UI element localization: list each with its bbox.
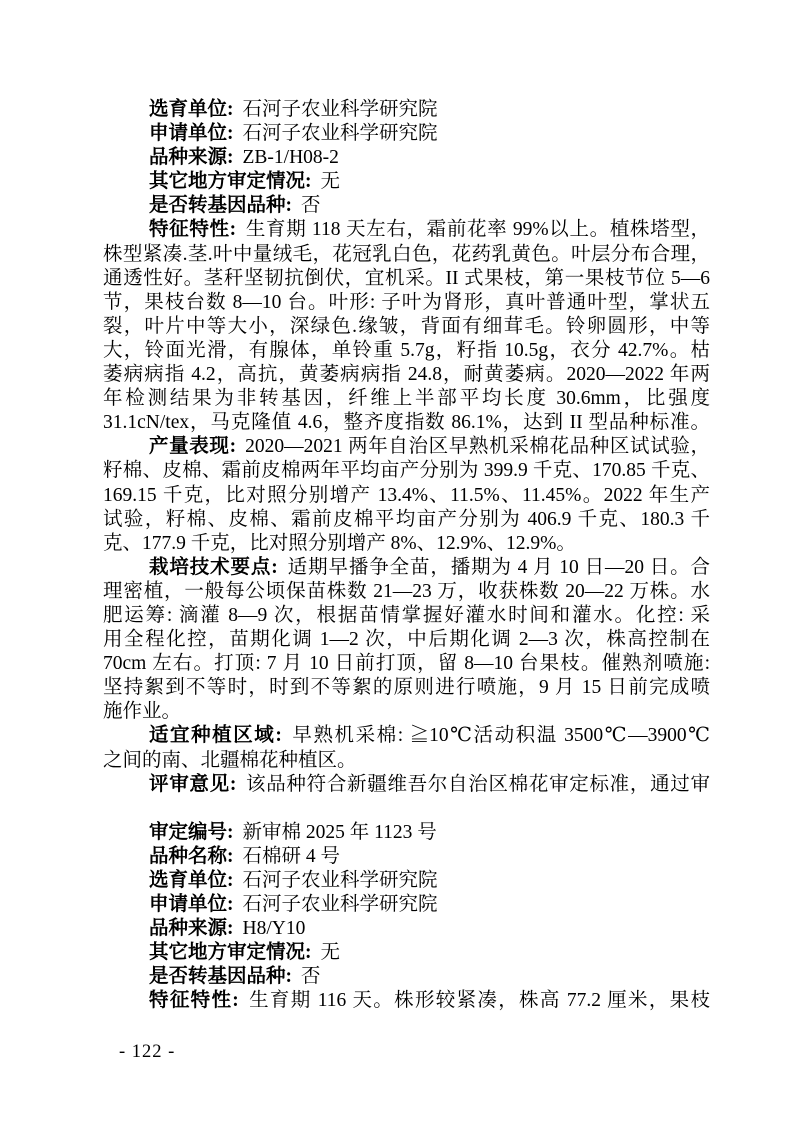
breeding-unit-field: 选育单位:石河子农业科学研究院 <box>103 98 710 122</box>
field-label: 适宜种植区域: <box>149 725 282 746</box>
line-text: 通透性好。茎秆坚韧抗倒伏，宜机采。II 式果枝，第一果枝节位 5—6 <box>103 268 710 289</box>
field-label: 是否转基因品种: <box>149 195 292 216</box>
field-label: 品种来源: <box>149 918 234 939</box>
line-text: ZB-1/H08-2 <box>243 147 339 168</box>
variety-record-2: 审定编号:新审棉 2025 年 1123 号品种名称:石棉研 4 号选育单位:石… <box>103 821 710 1014</box>
gmo-status-field: 是否转基因品种:否 <box>103 194 710 218</box>
line-text: 否 <box>301 966 321 987</box>
field-label: 申请单位: <box>149 894 234 915</box>
text-line: 株型紧凑.茎.叶中量绒毛，花冠乳白色，花药乳黄色。叶层分布合理， <box>103 243 710 267</box>
line-text: 适期早播争全苗，播期为 4 月 10 日—20 日。合 <box>287 557 710 578</box>
approval-number-field: 审定编号:新审棉 2025 年 1123 号 <box>103 821 710 845</box>
other-approval-status-field: 其它地方审定情况:无 <box>103 941 710 965</box>
field-label: 选育单位: <box>149 99 234 120</box>
line-text: 肥运筹: 滴灌 8—9 次，根据苗情掌握好灌水时间和灌水。化控: 采 <box>103 605 710 626</box>
applicant-unit-field: 申请单位:石河子农业科学研究院 <box>103 122 710 146</box>
variety-source-field: 品种来源:ZB-1/H08-2 <box>103 146 710 170</box>
field-label: 栽培技术要点: <box>149 557 278 578</box>
page-number: - 122 - <box>119 1041 175 1063</box>
review-opinion-paragraph: 评审意见:该品种符合新疆维吾尔自治区棉花审定标准，通过审定。 <box>103 773 710 797</box>
document-body: 选育单位:石河子农业科学研究院申请单位:石河子农业科学研究院品种来源:ZB-1/… <box>103 98 710 1014</box>
variety-record-1: 选育单位:石河子农业科学研究院申请单位:石河子农业科学研究院品种来源:ZB-1/… <box>103 98 710 797</box>
line-text: 坚持絮到不等时，时到不等絮的原则进行喷施，9 月 15 日前完成喷 <box>103 677 710 698</box>
traits-paragraph-start: 特征特性:生育期 118 天左右，霜前花率 99%以上。植株塔型， <box>103 218 710 242</box>
text-line: 裂，叶片中等大小，深绿色.缘皱，背面有细茸毛。铃卵圆形，中等 <box>103 315 710 339</box>
line-text: 石棉研 4 号 <box>243 846 341 867</box>
line-text: 无 <box>321 942 341 963</box>
text-line: 节，果枝台数 8—10 台。叶形: 子叶为肾形，真叶普通叶型，掌状五 <box>103 291 710 315</box>
line-text: 施作业。 <box>103 701 181 722</box>
text-line: 大，铃面光滑，有腺体，单铃重 5.7g，籽指 10.5g，衣分 42.7%。枯 <box>103 339 710 363</box>
line-text: 70cm 左右。打顶: 7 月 10 日前打顶，留 8—10 台果枝。催熟剂喷施… <box>103 653 710 674</box>
line-text: 新审棉 2025 年 1123 号 <box>243 822 437 843</box>
yield-paragraph-start: 产量表现:2020—2021 两年自治区早熟机采棉花品种区试试验， <box>103 435 710 459</box>
suitable-region-paragraph-start: 适宜种植区域:早熟机采棉: ≧10℃活动积温 3500℃—3900℃ <box>103 724 710 748</box>
field-label: 评审意见: <box>149 774 236 795</box>
variety-source-field: 品种来源:H8/Y10 <box>103 917 710 941</box>
line-text: 株型紧凑.茎.叶中量绒毛，花冠乳白色，花药乳黄色。叶层分布合理， <box>103 244 710 265</box>
line-text: 年检测结果为非转基因，纤维上半部平均长度 30.6mm，比强度 <box>103 388 710 409</box>
line-text: 用全程化控，苗期化调 1—2 次，中后期化调 2—3 次，株高控制在 <box>103 629 710 650</box>
line-text: 早熟机采棉: ≧10℃活动积温 3500℃—3900℃ <box>291 725 710 746</box>
text-line: 克、177.9 千克，比对照分别增产 8%、12.9%、12.9%。 <box>103 532 710 556</box>
field-label: 是否转基因品种: <box>149 966 292 987</box>
field-label: 特征特性: <box>149 990 239 1011</box>
text-line: 试验，籽棉、皮棉、霜前皮棉平均亩产分别为 406.9 千克、180.3 千 <box>103 508 710 532</box>
line-text: 之间的南、北疆棉花种植区。 <box>103 750 357 771</box>
traits-paragraph-start: 特征特性:生育期 116 天。株形较紧凑，株高 77.2 厘米，果枝 <box>103 989 710 1013</box>
text-line: 年检测结果为非转基因，纤维上半部平均长度 30.6mm，比强度 <box>103 387 710 411</box>
line-text: 2020—2021 两年自治区早熟机采棉花品种区试试验， <box>245 436 710 457</box>
line-text: 无 <box>321 171 341 192</box>
field-label: 特征特性: <box>149 219 236 240</box>
line-text: 理密植，一般每公顷保苗株数 21—23 万，收获株数 20—22 万株。水 <box>103 581 710 602</box>
line-text: 生育期 118 天左右，霜前花率 99%以上。植株塔型， <box>245 219 710 240</box>
other-approval-status-field: 其它地方审定情况:无 <box>103 170 710 194</box>
cultivation-paragraph-start: 栽培技术要点:适期早播争全苗，播期为 4 月 10 日—20 日。合 <box>103 556 710 580</box>
line-text: 大，铃面光滑，有腺体，单铃重 5.7g，籽指 10.5g，衣分 42.7%。枯 <box>103 340 710 361</box>
text-line: 之间的南、北疆棉花种植区。 <box>103 749 710 773</box>
line-text: 否 <box>301 195 321 216</box>
text-line: 萎病病指 4.2，高抗，黄萎病病指 24.8，耐黄萎病。2020—2022 年两 <box>103 363 710 387</box>
line-text: 生育期 116 天。株形较紧凑，株高 77.2 厘米，果枝 <box>248 990 710 1011</box>
field-label: 申请单位: <box>149 123 234 144</box>
line-text: 31.1cN/tex，马克隆值 4.6，整齐度指数 86.1%，达到 II 型品… <box>103 412 710 433</box>
field-label: 品种来源: <box>149 147 234 168</box>
text-line: 70cm 左右。打顶: 7 月 10 日前打顶，留 8—10 台果枝。催熟剂喷施… <box>103 652 710 676</box>
line-text: H8/Y10 <box>243 918 306 939</box>
field-label: 产量表现: <box>149 436 236 457</box>
text-line: 理密植，一般每公顷保苗株数 21—23 万，收获株数 20—22 万株。水 <box>103 580 710 604</box>
field-label: 其它地方审定情况: <box>149 171 312 192</box>
line-text: 节，果枝台数 8—10 台。叶形: 子叶为肾形，真叶普通叶型，掌状五 <box>103 292 710 313</box>
line-text: 石河子农业科学研究院 <box>243 123 438 144</box>
gmo-status-field: 是否转基因品种:否 <box>103 965 710 989</box>
line-text: 石河子农业科学研究院 <box>243 894 438 915</box>
field-label: 选育单位: <box>149 870 234 891</box>
variety-name-field: 品种名称:石棉研 4 号 <box>103 845 710 869</box>
text-line: 籽棉、皮棉、霜前皮棉两年平均亩产分别为 399.9 千克、170.85 千克、 <box>103 459 710 483</box>
field-label: 审定编号: <box>149 822 234 843</box>
line-text: 籽棉、皮棉、霜前皮棉两年平均亩产分别为 399.9 千克、170.85 千克、 <box>103 460 710 481</box>
breeding-unit-field: 选育单位:石河子农业科学研究院 <box>103 869 710 893</box>
applicant-unit-field: 申请单位:石河子农业科学研究院 <box>103 893 710 917</box>
line-text: 试验，籽棉、皮棉、霜前皮棉平均亩产分别为 406.9 千克、180.3 千 <box>103 509 710 530</box>
document-page: 选育单位:石河子农业科学研究院申请单位:石河子农业科学研究院品种来源:ZB-1/… <box>0 0 793 1122</box>
line-text: 克、177.9 千克，比对照分别增产 8%、12.9%、12.9%。 <box>103 533 576 554</box>
line-text: 石河子农业科学研究院 <box>243 870 438 891</box>
text-line: 坚持絮到不等时，时到不等絮的原则进行喷施，9 月 15 日前完成喷 <box>103 676 710 700</box>
line-text: 石河子农业科学研究院 <box>243 99 438 120</box>
field-label: 其它地方审定情况: <box>149 942 312 963</box>
text-line: 169.15 千克，比对照分别增产 13.4%、11.5%、11.45%。202… <box>103 484 710 508</box>
line-text: 萎病病指 4.2，高抗，黄萎病病指 24.8，耐黄萎病。2020—2022 年两 <box>103 364 710 385</box>
text-line: 通透性好。茎秆坚韧抗倒伏，宜机采。II 式果枝，第一果枝节位 5—6 <box>103 267 710 291</box>
line-text: 裂，叶片中等大小，深绿色.缘皱，背面有细茸毛。铃卵圆形，中等 <box>103 316 710 337</box>
text-line: 31.1cN/tex，马克隆值 4.6，整齐度指数 86.1%，达到 II 型品… <box>103 411 710 435</box>
text-line: 肥运筹: 滴灌 8—9 次，根据苗情掌握好灌水时间和灌水。化控: 采 <box>103 604 710 628</box>
line-text: 169.15 千克，比对照分别增产 13.4%、11.5%、11.45%。202… <box>103 485 710 506</box>
field-label: 品种名称: <box>149 846 234 867</box>
text-line: 用全程化控，苗期化调 1—2 次，中后期化调 2—3 次，株高控制在 <box>103 628 710 652</box>
text-line: 施作业。 <box>103 700 710 724</box>
